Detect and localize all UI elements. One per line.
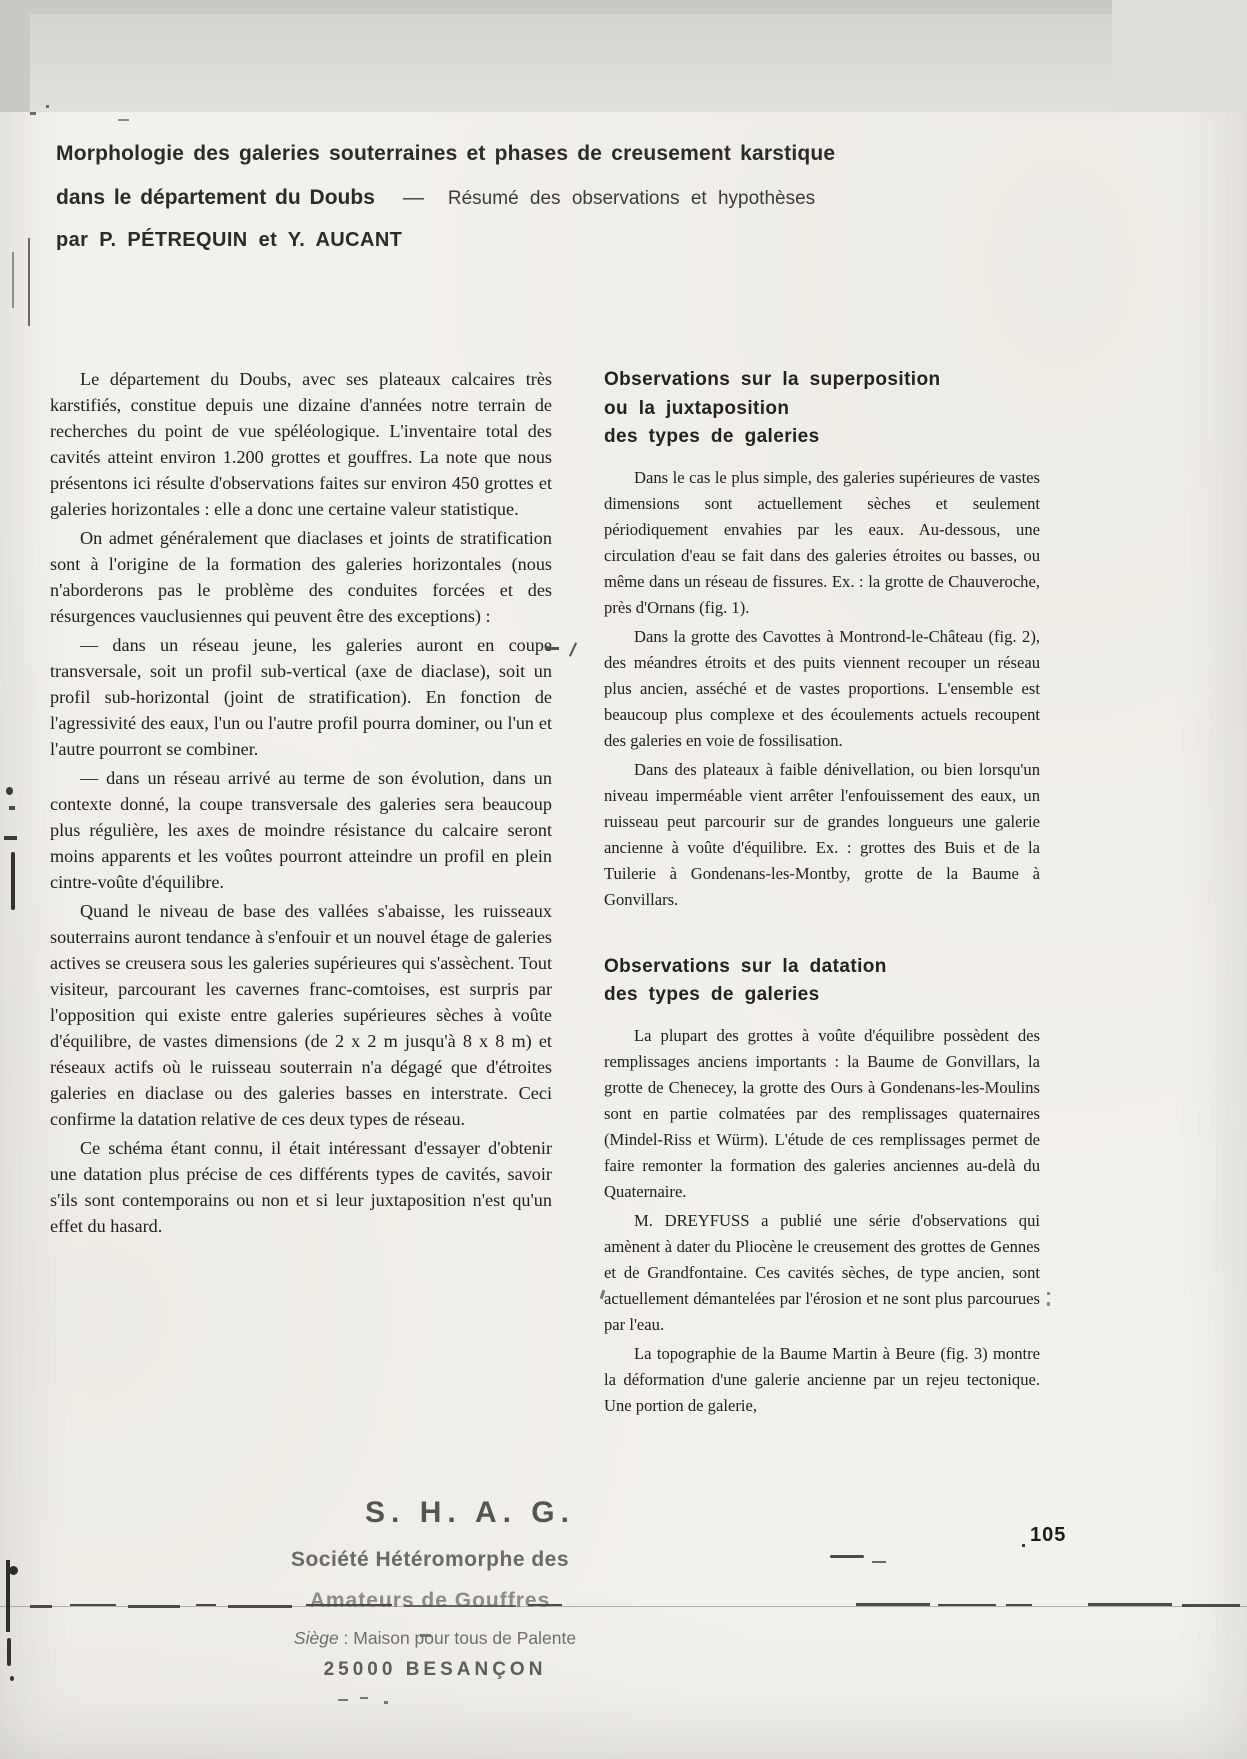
society-stamp-name-line-2: Amateurs de Gouffres <box>275 1589 585 1613</box>
scan-artifact <box>545 647 559 650</box>
rule-dash <box>1006 1604 1032 1606</box>
article-title-line-2-bold: dans le département du Doubs <box>56 186 375 209</box>
section-heading-line: Observations sur la superposition <box>604 366 1040 395</box>
scan-artifact <box>830 1555 864 1558</box>
rule-dash <box>30 1605 52 1608</box>
society-stamp-name-line-1: Société Hétéromorphe des <box>260 1548 600 1572</box>
scan-artifact <box>338 1699 348 1701</box>
body-paragraph: On admet généralement que diaclases et j… <box>50 525 552 629</box>
scan-artifact <box>9 806 15 810</box>
article-title-line-2: dans le département du Doubs—Résumé des … <box>56 186 815 210</box>
scan-artifact <box>4 836 17 840</box>
body-paragraph: Quand le niveau de base des vallées s'ab… <box>50 898 552 1132</box>
left-column: Le département du Doubs, avec ses platea… <box>50 366 552 1242</box>
rule-dash <box>528 1604 562 1606</box>
scan-artifact <box>1047 1292 1050 1295</box>
scan-artifact <box>7 1638 11 1666</box>
scan-artifact <box>30 112 36 115</box>
body-paragraph: — dans un réseau jeune, les galeries aur… <box>50 632 552 762</box>
body-paragraph: Dans le cas le plus simple, des galeries… <box>604 465 1040 621</box>
section-heading-line: des types de galeries <box>604 981 1040 1010</box>
scanned-page: Morphologie des galeries souterraines et… <box>0 0 1247 1759</box>
scan-artifact <box>360 1697 368 1699</box>
right-column: Observations sur la superposition ou la … <box>604 366 1040 1422</box>
body-paragraph: La topographie de la Baume Martin à Beur… <box>604 1341 1040 1419</box>
scan-artifact <box>9 1566 18 1575</box>
society-stamp-address: Siège : Maison pour tous de Palente <box>260 1628 610 1649</box>
body-paragraph: Ce schéma étant connu, il était intéress… <box>50 1135 552 1239</box>
scan-artifact <box>12 252 14 308</box>
rule-dash <box>1088 1603 1172 1606</box>
article-byline: par P. PÉTREQUIN et Y. AUCANT <box>56 229 402 252</box>
scan-artifact <box>11 852 15 910</box>
scan-artifact <box>46 105 49 108</box>
section-heading-superposition: Observations sur la superposition ou la … <box>604 366 1040 452</box>
scan-artifact <box>1022 1544 1025 1547</box>
page-number: 105 <box>1030 1524 1066 1547</box>
scan-artifact <box>10 1676 14 1681</box>
section-heading-line: Observations sur la datation <box>604 953 1040 982</box>
body-paragraph: M. DREYFUSS a publié une série d'observa… <box>604 1208 1040 1338</box>
body-paragraph: Dans la grotte des Cavottes à Montrond-l… <box>604 624 1040 754</box>
rule-dash <box>404 1605 516 1607</box>
scan-artifact <box>384 1701 388 1704</box>
section-heading-datation: Observations sur la datation des types d… <box>604 953 1040 1010</box>
rule-dash <box>128 1605 180 1608</box>
scan-artifact <box>6 787 13 795</box>
society-stamp-acronym: S. H. A. G. <box>330 1496 610 1530</box>
scan-artifact <box>1047 1302 1050 1306</box>
scan-artifact <box>118 119 129 121</box>
siege-label: Siège <box>294 1628 339 1648</box>
body-paragraph: Dans des plateaux à faible dénivellation… <box>604 757 1040 913</box>
rule-dash <box>70 1604 116 1606</box>
body-paragraph: La plupart des grottes à voûte d'équilib… <box>604 1023 1040 1205</box>
rule-dash <box>938 1604 996 1606</box>
title-dash: — <box>403 186 424 210</box>
article-title-line-1: Morphologie des galeries souterraines et… <box>56 142 835 166</box>
rule-dash <box>1182 1604 1240 1607</box>
article-subtitle: Résumé des observations et hypothèses <box>448 188 815 209</box>
body-paragraph: — dans un réseau arrivé au terme de son … <box>50 765 552 895</box>
society-stamp-city: 25000 BESANÇON <box>295 1659 575 1681</box>
scan-artifact <box>569 642 577 656</box>
horizontal-rule <box>0 1606 1247 1607</box>
scan-top-band-right <box>1112 0 1247 112</box>
scan-artifact <box>420 1634 431 1637</box>
scan-artifact <box>872 1561 886 1563</box>
rule-dash <box>228 1605 292 1608</box>
rule-dash <box>856 1603 930 1606</box>
scan-artifact <box>28 238 30 326</box>
section-heading-line: des types de galeries <box>604 423 1040 452</box>
siege-text: : Maison pour tous de Palente <box>339 1628 576 1648</box>
rule-dash <box>306 1604 392 1606</box>
section-heading-line: ou la juxtaposition <box>604 395 1040 424</box>
rule-dash <box>196 1604 216 1606</box>
scan-top-band-inner <box>30 14 1112 112</box>
body-paragraph: Le département du Doubs, avec ses platea… <box>50 366 552 522</box>
